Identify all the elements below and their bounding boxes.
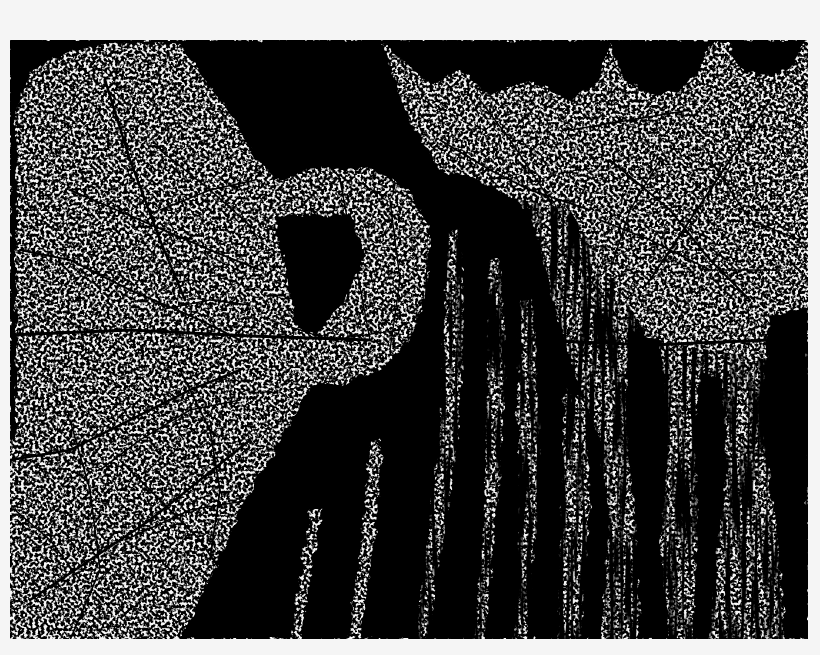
grunge-texture-image <box>10 40 808 639</box>
